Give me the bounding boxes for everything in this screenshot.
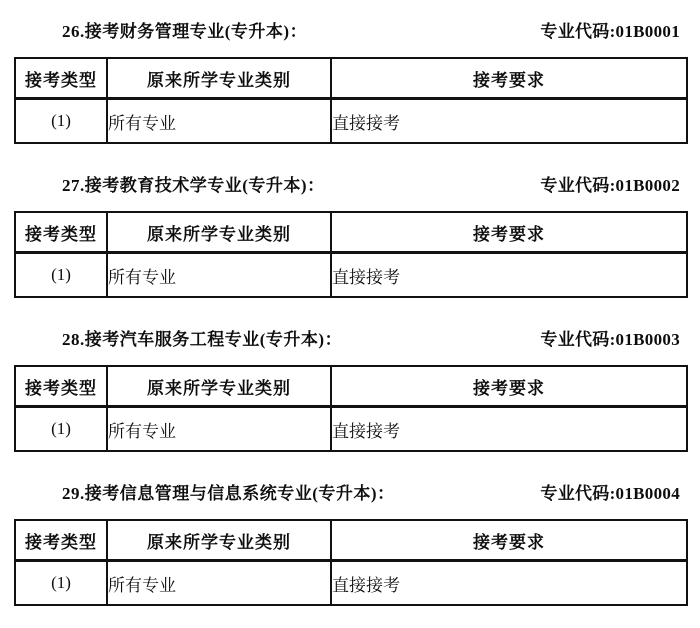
column-header-original-major-category: 原来所学专业类别 (107, 58, 331, 99)
section-title: 29.接考信息管理与信息系统专业(专升本)： (62, 483, 395, 505)
requirements-table: 接考类型 原来所学专业类别 接考要求 (1) 所有专业 直接接考 (14, 365, 688, 452)
section-header: 27.接考教育技术学专业(专升本)： 专业代码:01B0002 (62, 175, 680, 197)
major-section-29: 29.接考信息管理与信息系统专业(专升本)： 专业代码:01B0004 接考类型… (0, 483, 700, 606)
major-section-26: 26.接考财务管理专业(专升本)： 专业代码:01B0001 接考类型 原来所学… (0, 21, 700, 144)
section-title: 27.接考教育技术学专业(专升本)： (62, 175, 325, 197)
column-header-exam-type: 接考类型 (15, 58, 107, 99)
column-header-exam-requirement: 接考要求 (331, 366, 687, 407)
table-row: (1) 所有专业 直接接考 (15, 407, 687, 452)
requirements-table: 接考类型 原来所学专业类别 接考要求 (1) 所有专业 直接接考 (14, 211, 688, 298)
column-header-original-major-category: 原来所学专业类别 (107, 366, 331, 407)
cell-exam-type: (1) (15, 561, 107, 606)
major-section-28: 28.接考汽车服务工程专业(专升本)： 专业代码:01B0003 接考类型 原来… (0, 329, 700, 452)
requirements-table: 接考类型 原来所学专业类别 接考要求 (1) 所有专业 直接接考 (14, 57, 688, 144)
cell-original-major: 所有专业 (107, 407, 331, 452)
table-header-row: 接考类型 原来所学专业类别 接考要求 (15, 366, 687, 407)
column-header-original-major-category: 原来所学专业类别 (107, 212, 331, 253)
section-header: 29.接考信息管理与信息系统专业(专升本)： 专业代码:01B0004 (62, 483, 680, 505)
column-header-exam-type: 接考类型 (15, 366, 107, 407)
cell-original-major: 所有专业 (107, 99, 331, 144)
section-header: 28.接考汽车服务工程专业(专升本)： 专业代码:01B0003 (62, 329, 680, 351)
section-header: 26.接考财务管理专业(专升本)： 专业代码:01B0001 (62, 21, 680, 43)
table-header-row: 接考类型 原来所学专业类别 接考要求 (15, 212, 687, 253)
column-header-exam-requirement: 接考要求 (331, 58, 687, 99)
document-page: 26.接考财务管理专业(专升本)： 专业代码:01B0001 接考类型 原来所学… (0, 0, 700, 606)
section-title: 26.接考财务管理专业(专升本)： (62, 21, 307, 43)
major-code: 专业代码:01B0002 (540, 175, 680, 197)
requirements-table: 接考类型 原来所学专业类别 接考要求 (1) 所有专业 直接接考 (14, 519, 688, 606)
cell-exam-type: (1) (15, 99, 107, 144)
cell-exam-type: (1) (15, 253, 107, 298)
cell-requirement: 直接接考 (331, 407, 687, 452)
table-row: (1) 所有专业 直接接考 (15, 99, 687, 144)
major-code: 专业代码:01B0001 (540, 21, 680, 43)
cell-requirement: 直接接考 (331, 99, 687, 144)
table-header-row: 接考类型 原来所学专业类别 接考要求 (15, 520, 687, 561)
major-code: 专业代码:01B0003 (540, 329, 680, 351)
column-header-exam-requirement: 接考要求 (331, 212, 687, 253)
cell-requirement: 直接接考 (331, 253, 687, 298)
cell-original-major: 所有专业 (107, 253, 331, 298)
table-header-row: 接考类型 原来所学专业类别 接考要求 (15, 58, 687, 99)
column-header-exam-requirement: 接考要求 (331, 520, 687, 561)
major-section-27: 27.接考教育技术学专业(专升本)： 专业代码:01B0002 接考类型 原来所… (0, 175, 700, 298)
table-row: (1) 所有专业 直接接考 (15, 253, 687, 298)
column-header-exam-type: 接考类型 (15, 520, 107, 561)
cell-requirement: 直接接考 (331, 561, 687, 606)
section-title: 28.接考汽车服务工程专业(专升本)： (62, 329, 342, 351)
column-header-original-major-category: 原来所学专业类别 (107, 520, 331, 561)
major-code: 专业代码:01B0004 (540, 483, 680, 505)
table-row: (1) 所有专业 直接接考 (15, 561, 687, 606)
cell-original-major: 所有专业 (107, 561, 331, 606)
column-header-exam-type: 接考类型 (15, 212, 107, 253)
cell-exam-type: (1) (15, 407, 107, 452)
